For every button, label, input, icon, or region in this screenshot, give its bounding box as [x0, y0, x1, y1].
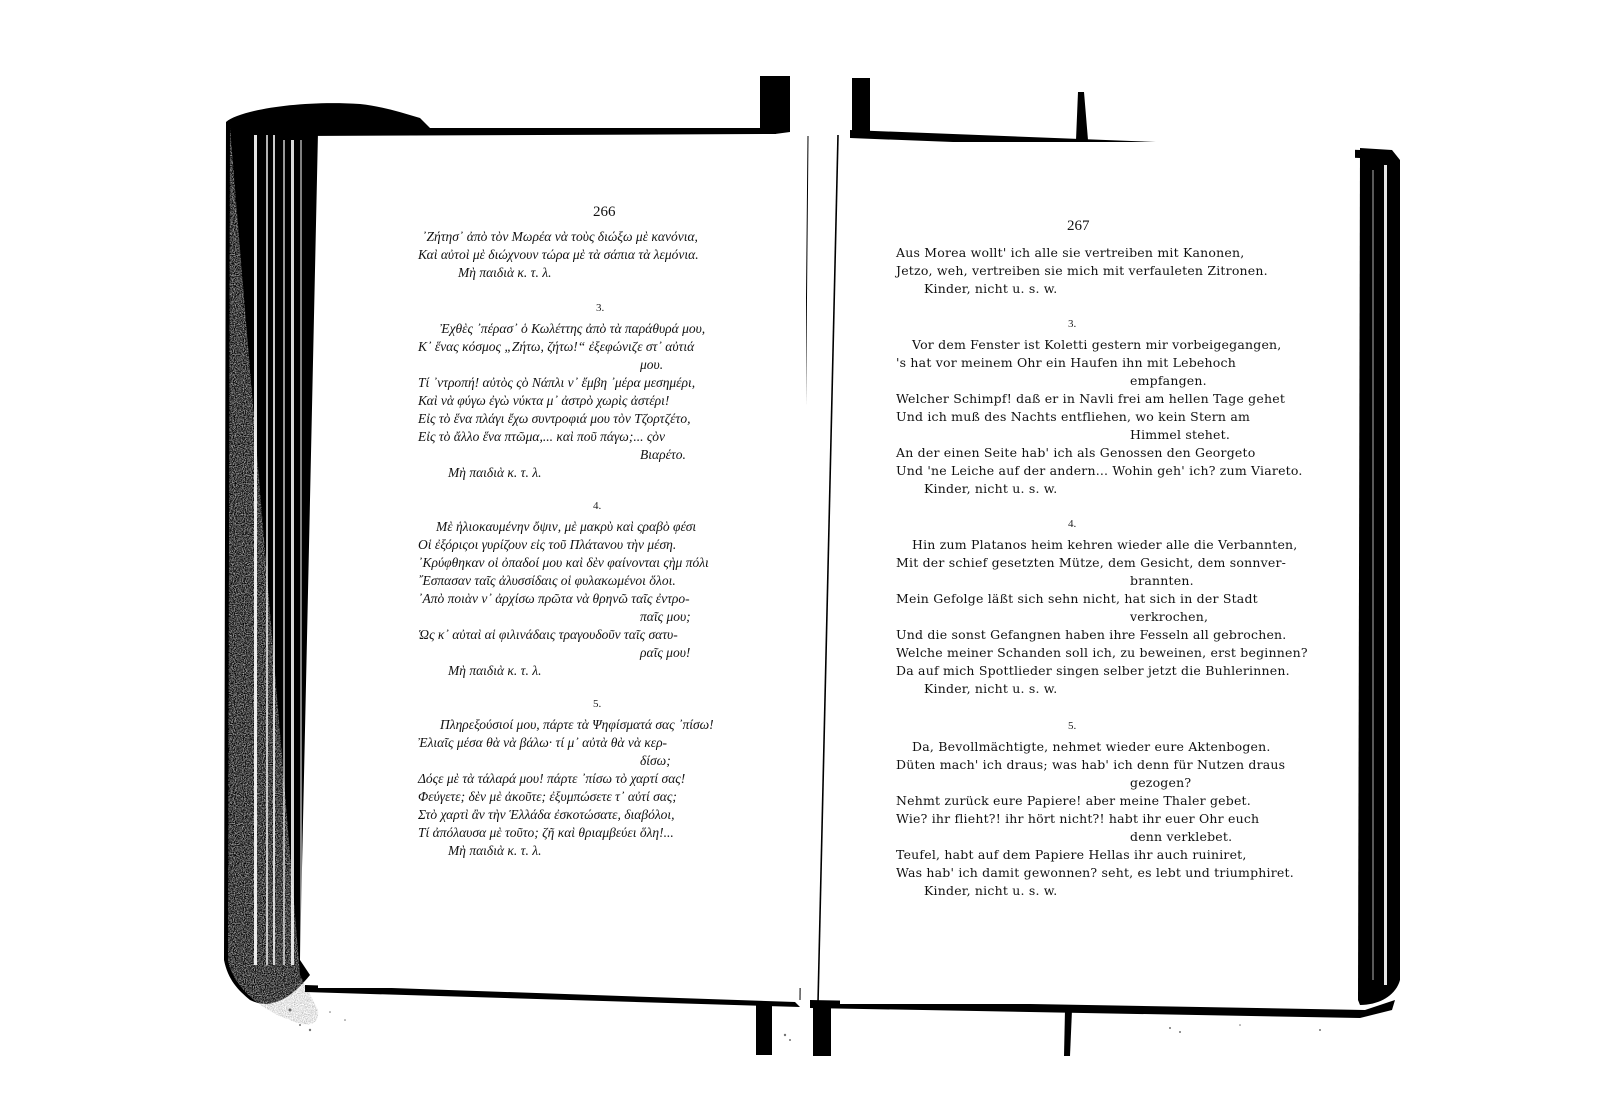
page-number-left: 266 [593, 204, 616, 221]
verse-line: Πληρεξούσιοί μου, πάρτε τὰ Ψηφίσματά σας… [440, 716, 714, 733]
verse-line: Vor dem Fenster ist Koletti gestern mir … [912, 336, 1281, 353]
left-page-bottom-edge [305, 985, 800, 1007]
verse-line: Da auf mich Spottlieder singen selber je… [896, 662, 1290, 679]
verse-line-continuation: gezogen? [1130, 774, 1191, 791]
verse-line: Ὡς κ᾽ αὐταὶ αἱ φιλινάδαις τραγουδοῦν ταῖ… [418, 626, 678, 643]
refrain-line: Μὴ παιδιὰ κ. τ. λ. [448, 842, 541, 859]
verse-line-continuation: μου. [640, 356, 663, 373]
right-page: 267 Aus Morea wollt' ich alle sie vertre… [840, 142, 1355, 1004]
verse-line-continuation: brannten. [1130, 572, 1194, 589]
verse-line-continuation: παῖς μου; [640, 608, 691, 625]
stanza-number: 5. [1068, 720, 1076, 732]
refrain-line: Kinder, nicht u. s. w. [924, 480, 1057, 497]
verse-line: ᾿Απὸ ποιὰν ν᾽ ἀρχίσω πρῶτα νὰ θρηνῶ ταῖς… [418, 590, 690, 607]
verse-line: Τί ἀπόλαυσα μὲ τοῦτο; ζῆ καὶ θριαμβεύει … [418, 824, 674, 841]
verse-line: Mein Gefolge läßt sich sehn nicht, hat s… [896, 590, 1258, 607]
spine-tab-top-left [760, 76, 776, 134]
spine-tab-top-right-small [1076, 92, 1088, 140]
stanza-number: 4. [1068, 518, 1076, 530]
verse-line: Nehmt zurück eure Papiere! aber meine Th… [896, 792, 1251, 809]
verse-line: Und die sonst Gefangnen haben ihre Fesse… [896, 626, 1286, 643]
refrain-line: Kinder, nicht u. s. w. [924, 280, 1057, 297]
gutter-line [818, 135, 838, 1003]
refrain-line: Kinder, nicht u. s. w. [924, 680, 1057, 697]
refrain-line: Μὴ παιδιὰ κ. τ. λ. [448, 464, 541, 481]
verse-line: Mit der schief gesetzten Mütze, dem Gesi… [896, 554, 1286, 571]
verse-line: ᾿Κρύφθηκαν οἱ ὀπαδοί μου καὶ δὲν φαίνοντ… [418, 554, 709, 571]
verse-line: Μὲ ἡλιοκαυμένην ὄψιν, μὲ μακρὺ καὶ ςραβὸ… [436, 518, 696, 535]
verse-line-continuation: δίσω; [640, 752, 671, 769]
stanza-number: 4. [593, 500, 601, 512]
verse-line: Κ᾽ ἕνας κόσμος „Ζήτω, ζήτω!“ ἐξεφώνιζε σ… [418, 338, 694, 355]
stanza-number: 3. [1068, 318, 1076, 330]
verse-line: Da, Bevollmächtigte, nehmet wieder eure … [912, 738, 1271, 755]
verse-line: Ἐλιαῖς μέσα θὰ νὰ βάλω· τί μ᾽ αὐτὰ θὰ νὰ… [418, 734, 667, 751]
spine-tab-top-right [852, 78, 870, 136]
right-cover-edge [1358, 148, 1400, 1005]
verse-line: Welcher Schimpf! daß er in Navli frei am… [896, 390, 1285, 407]
refrain-line: Μὴ παιδιὰ κ. τ. λ. [448, 662, 541, 679]
verse-line-continuation: Βιαρέτο. [640, 446, 686, 463]
verse-line: Düten mach' ich draus; was hab' ich denn… [896, 756, 1285, 773]
verse-line: Und 'ne Leiche auf der andern... Wohin g… [896, 462, 1303, 479]
verse-line: Ἐχθὲς ᾽πέρασ᾽ ὁ Κωλέττης ἀπὸ τὰ παράθυρά… [440, 320, 705, 337]
verse-line: Οἱ ἐξόριςοι γυρίζουν εἰς τοῦ Πλάτανου τὴ… [418, 536, 676, 553]
refrain-line: Kinder, nicht u. s. w. [924, 882, 1057, 899]
verse-line: Δόςε μὲ τὰ τάλαρά μου! πάρτε ᾽πίσω τὸ χα… [418, 770, 685, 787]
stanza-number: 3. [596, 302, 604, 314]
verse-line: Aus Morea wollt' ich alle sie vertreiben… [896, 244, 1244, 261]
verse-line: 's hat vor meinem Ohr ein Haufen ihn mit… [896, 354, 1236, 371]
verse-line: Teufel, habt auf dem Papiere Hellas ihr … [896, 846, 1247, 863]
verse-line: ᾿Ζήτησ᾿ ἀπὸ τὸν Μωρέα νὰ τοὺς διώξω μὲ κ… [422, 228, 698, 245]
verse-line: Εἰς τὸ ἄλλο ἕνα πτῶμα,... καὶ ποῦ πάγω;.… [418, 428, 665, 445]
verse-line-continuation: ραῖς μου! [640, 644, 690, 661]
spine-tab-bottom-right [1064, 1010, 1072, 1056]
verse-line-continuation: Himmel stehet. [1130, 426, 1230, 443]
verse-line: Wie? ihr flieht?! ihr hört nicht?! habt … [896, 810, 1259, 827]
verse-line: An der einen Seite hab' ich als Genossen… [896, 444, 1255, 461]
page-number-right: 267 [1067, 218, 1090, 235]
verse-line-continuation: verkrochen, [1130, 608, 1208, 625]
verse-line: Φεύγετε; δὲν μὲ ἀκοῦτε; ἐξυμπώσετε τ᾽ αὐ… [418, 788, 677, 805]
spine-tab-bottom-middle [813, 1004, 831, 1056]
verse-line: Τί ᾽ντροπή! αὐτὸς ςὸ Νάπλι ν᾽ ἔμβη ᾽μέρα… [418, 374, 695, 391]
left-page: 266 ᾿Ζήτησ᾿ ἀπὸ τὸν Μωρέα νὰ τοὺς διώξω … [318, 136, 806, 988]
verse-line: Was hab' ich damit gewonnen? seht, es le… [896, 864, 1294, 881]
verse-line: Εἰς τὸ ἕνα πλάγι ἔχω συντροφιά μου τὸν Τ… [418, 410, 690, 427]
verse-line-continuation: denn verklebet. [1130, 828, 1232, 845]
verse-line: Und ich muß des Nachts entfliehen, wo ke… [896, 408, 1250, 425]
verse-line: Καὶ νὰ φύγω ἐγὼ νύκτα μ᾽ ἀστρὸ χωρὶς ἀστ… [418, 392, 669, 409]
verse-line: ῎Εσπασαν ταῖς ἀλυσσίδαις οἱ φυλακωμένοι … [418, 572, 676, 589]
refrain-line: Μὴ παιδιὰ κ. τ. λ. [458, 264, 551, 281]
verse-line: Καὶ αὐτοὶ μὲ διώχνουν τώρα μὲ τὰ σάπια τ… [418, 246, 699, 263]
verse-line: Welche meiner Schanden soll ich, zu bewe… [896, 644, 1308, 661]
verse-line: Jetzo, weh, vertreiben sie mich mit verf… [896, 262, 1268, 279]
stanza-number: 5. [593, 698, 601, 710]
spine-tab-bottom-left [756, 1003, 772, 1055]
verse-line: Στὸ χαρτὶ ἂν τὴν Ἑλλάδα ἐσκοτώσατε, διαβ… [418, 806, 675, 823]
verse-line: Hin zum Platanos heim kehren wieder alle… [912, 536, 1297, 553]
verse-line-continuation: empfangen. [1130, 372, 1207, 389]
